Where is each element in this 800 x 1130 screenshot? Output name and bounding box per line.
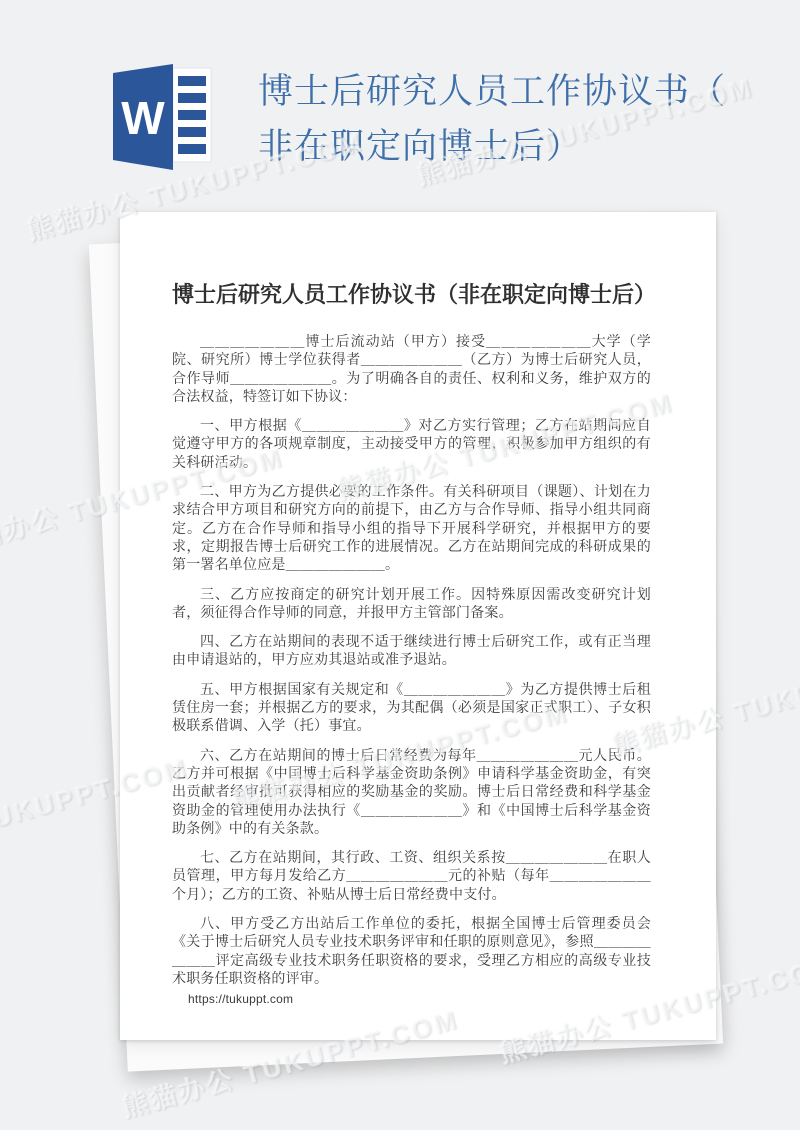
word-icon: W — [112, 62, 212, 172]
doc-paragraph-6: 六、乙方在站期间的博士后日常经费为每年＿＿＿＿＿＿＿元人民币。乙方并可根据《中国… — [172, 748, 651, 839]
document-page: 博士后研究人员工作协议书（非在职定向博士后） ＿＿＿＿＿＿＿博士后流动站（甲方）… — [120, 212, 716, 1040]
doc-paragraph-7: 七、乙方在站期间，其行政、工资、组织关系按＿＿＿＿＿＿＿在职人员管理，甲方每月发… — [172, 850, 651, 905]
doc-paragraph-1: 一、甲方根据《＿＿＿＿＿＿＿》对乙方实行管理；乙方在站期间应自觉遵守甲方的各项规… — [172, 418, 651, 473]
doc-paragraph-intro: ＿＿＿＿＿＿＿博士后流动站（甲方）接受＿＿＿＿＿＿＿大学（学院、研究所）博士学位… — [172, 334, 651, 407]
document-title: 博士后研究人员工作协议书（非在职定向博士后） — [172, 278, 651, 309]
page-title-line-1: 博士后研究人员工作协议书（ — [258, 64, 738, 119]
page-background: W 博士后研究人员工作协议书（ 非在职定向博士后） 博士后研究人员工作协议书（非… — [0, 0, 800, 1130]
doc-paragraph-3: 三、乙方应按商定的研究计划开展工作。因特殊原因需改变研究计划者，须征得合作导师的… — [172, 587, 651, 624]
page-title: 博士后研究人员工作协议书（ 非在职定向博士后） — [258, 64, 738, 174]
doc-paragraph-2: 二、甲方为乙方提供必要的工作条件。有关科研项目（课题）、计划在力求结合甲方项目和… — [172, 484, 651, 575]
doc-paragraph-5: 五、甲方根据国家有关规定和《＿＿＿＿＿＿＿》为乙方提供博士后租赁住房一套；并根据… — [172, 682, 651, 737]
doc-paragraph-4: 四、乙方在站期间的表现不适于继续进行博士后研究工作，或有正当理由申请退站的，甲方… — [172, 634, 651, 671]
source-url: https://tukuppt.com — [188, 992, 293, 1006]
doc-paragraph-8: 八、甲方受乙方出站后工作单位的委托，根据全国博士后管理委员会《关于博士后研究人员… — [172, 916, 651, 989]
word-icon-letter: W — [121, 92, 165, 144]
page-title-line-2: 非在职定向博士后） — [258, 119, 738, 174]
